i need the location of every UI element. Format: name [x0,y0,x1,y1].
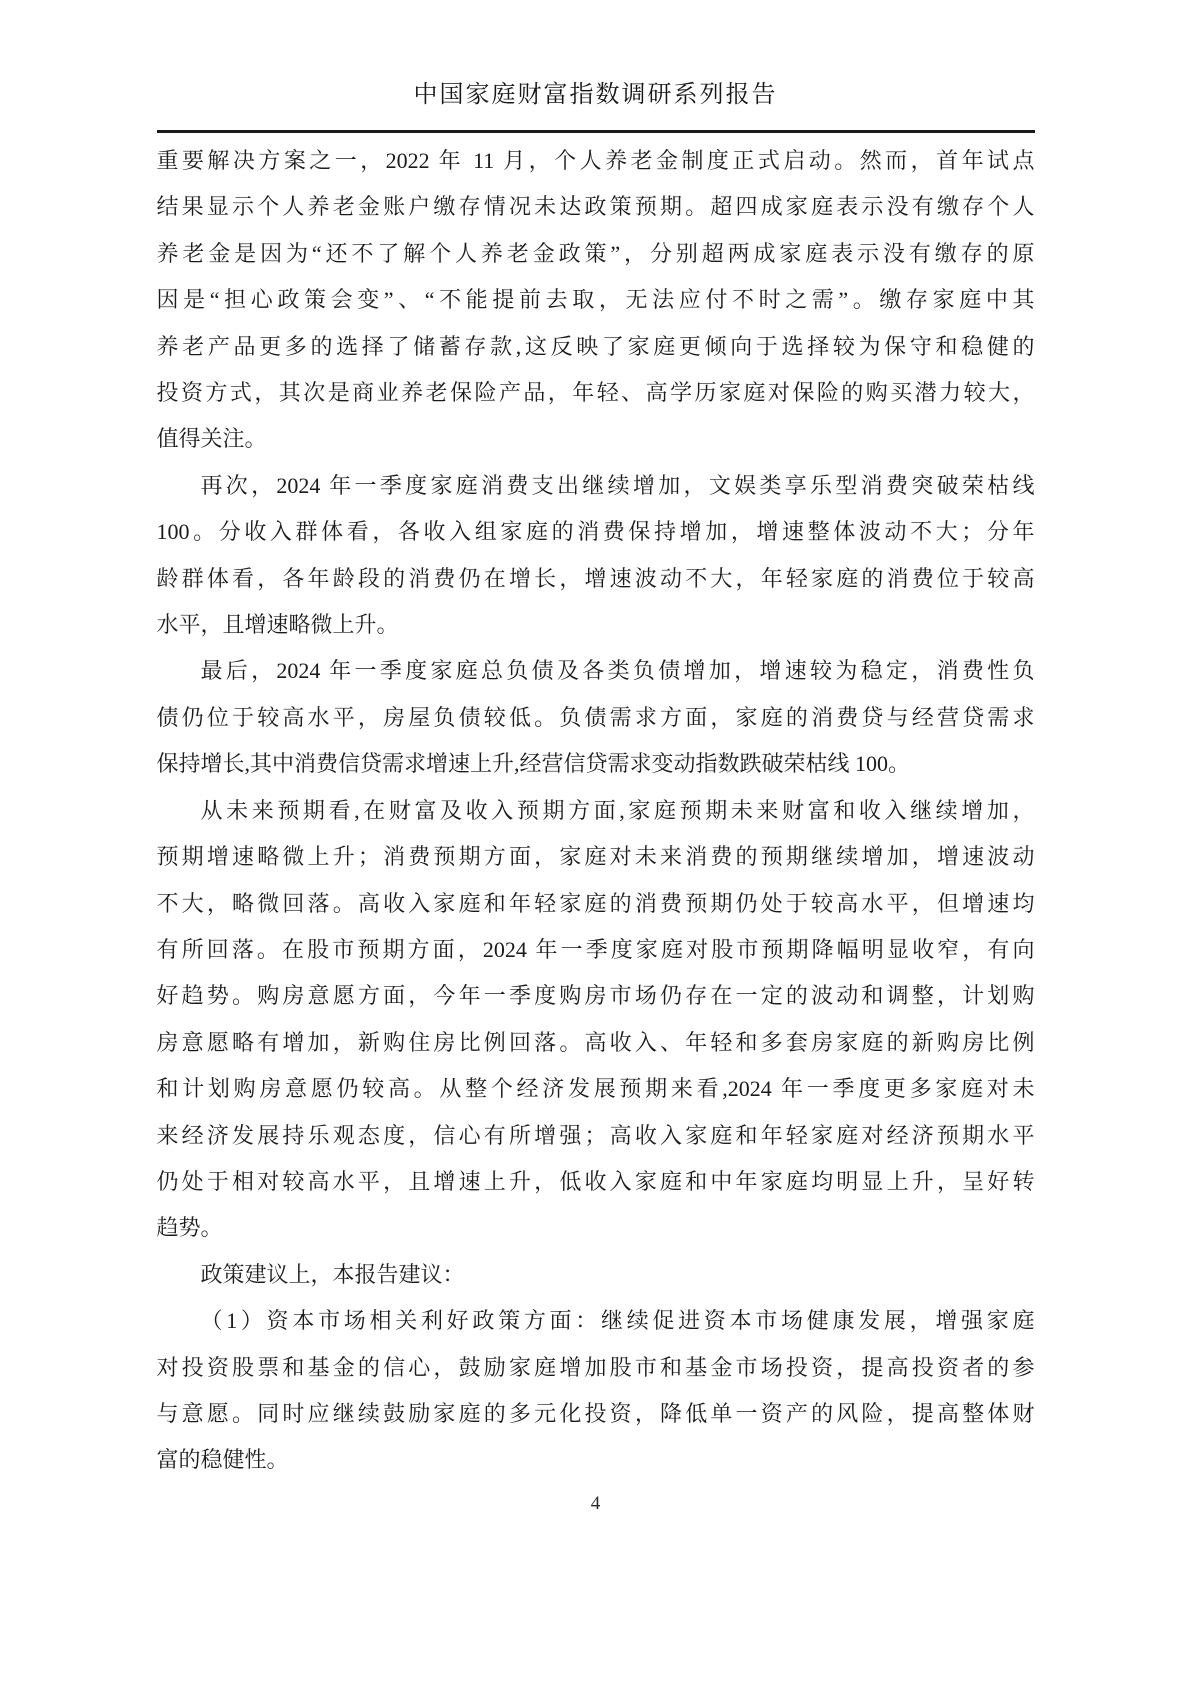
text-line: 养老金是因为“还不了解个人养老金政策”，分别超两成家庭表示没有缴存的原 [157,231,1035,277]
paragraph: 政策建议上，本报告建议： [157,1252,1035,1298]
document-page: 中国家庭财富指数调研系列报告 重要解决方案之一，2022 年 11 月，个人养老… [0,0,1191,1684]
text-line: 好趋势。购房意愿方面，今年一季度购房市场仍存在一定的波动和调整，计划购 [157,973,1035,1019]
text-line: 债仍位于较高水平，房屋负债较低。负债需求方面，家庭的消费贷与经营贷需求 [157,695,1035,741]
page-header: 中国家庭财富指数调研系列报告 [157,80,1035,133]
header-divider-rule [157,130,1035,133]
paragraph: 最后，2024 年一季度家庭总负债及各类负债增加，增速较为稳定，消费性负债仍位于… [157,648,1035,787]
text-line: 趋势。 [157,1205,1035,1251]
text-line: 对投资股票和基金的信心，鼓励家庭增加股市和基金市场投资，提高投资者的参 [157,1345,1035,1391]
text-line: 因是“担心政策会变”、“不能提前去取，无法应付不时之需”。缴存家庭中其 [157,277,1035,323]
document-body: 重要解决方案之一，2022 年 11 月，个人养老金制度正式启动。然而，首年试点… [157,138,1035,1484]
text-line: 和计划购房意愿仍较高。从整个经济发展预期来看,2024 年一季度更多家庭对未 [157,1066,1035,1112]
text-line: 有所回落。在股市预期方面，2024 年一季度家庭对股市预期降幅明显收窄，有向 [157,927,1035,973]
paragraph: 从未来预期看,在财富及收入预期方面,家庭预期未来财富和收入继续增加，预期增速略微… [157,788,1035,1252]
text-line: 不大，略微回落。高收入家庭和年轻家庭的消费预期仍处于较高水平，但增速均 [157,881,1035,927]
text-line: 最后，2024 年一季度家庭总负债及各类负债增加，增速较为稳定，消费性负 [157,648,1035,694]
text-line: 龄群体看，各年龄段的消费仍在增长，增速波动不大，年轻家庭的消费位于较高 [157,556,1035,602]
text-line: （1）资本市场相关利好政策方面：继续促进资本市场健康发展，增强家庭 [157,1298,1035,1344]
text-line: 富的稳健性。 [157,1437,1035,1483]
text-line: 保持增长,其中消费信贷需求增速上升,经营信贷需求变动指数跌破荣枯线 100。 [157,741,1035,787]
text-line: 结果显示个人养老金账户缴存情况未达政策预期。超四成家庭表示没有缴存个人 [157,184,1035,230]
paragraph: 再次，2024 年一季度家庭消费支出继续增加，文娱类享乐型消费突破荣枯线100。… [157,463,1035,649]
text-line: 来经济发展持乐观态度，信心有所增强；高收入家庭和年轻家庭对经济预期水平 [157,1113,1035,1159]
text-line: 房意愿略有增加，新购住房比例回落。高收入、年轻和多套房家庭的新购房比例 [157,1020,1035,1066]
text-line: 投资方式，其次是商业养老保险产品，年轻、高学历家庭对保险的购买潜力较大， [157,370,1035,416]
text-line: 水平，且增速略微上升。 [157,602,1035,648]
page-number: 4 [591,1493,601,1515]
text-line: 预期增速略微上升；消费预期方面，家庭对未来消费的预期继续增加，增速波动 [157,834,1035,880]
report-series-title: 中国家庭财富指数调研系列报告 [157,80,1035,110]
text-line: 100。分收入群体看，各收入组家庭的消费保持增加，增速整体波动不大；分年 [157,509,1035,555]
text-line: 政策建议上，本报告建议： [157,1252,1035,1298]
text-line: 从未来预期看,在财富及收入预期方面,家庭预期未来财富和收入继续增加， [157,788,1035,834]
text-line: 养老产品更多的选择了储蓄存款,这反映了家庭更倾向于选择较为保守和稳健的 [157,324,1035,370]
text-line: 值得关注。 [157,416,1035,462]
content-column: 中国家庭财富指数调研系列报告 重要解决方案之一，2022 年 11 月，个人养老… [157,0,1035,1515]
text-line: 仍处于相对较高水平，且增速上升，低收入家庭和中年家庭均明显上升，呈好转 [157,1159,1035,1205]
text-line: 再次，2024 年一季度家庭消费支出继续增加，文娱类享乐型消费突破荣枯线 [157,463,1035,509]
text-line: 与意愿。同时应继续鼓励家庭的多元化投资，降低单一资产的风险，提高整体财 [157,1391,1035,1437]
paragraph: （1）资本市场相关利好政策方面：继续促进资本市场健康发展，增强家庭对投资股票和基… [157,1298,1035,1484]
page-footer: 4 [157,1493,1035,1515]
text-line: 重要解决方案之一，2022 年 11 月，个人养老金制度正式启动。然而，首年试点 [157,138,1035,184]
paragraph: 重要解决方案之一，2022 年 11 月，个人养老金制度正式启动。然而，首年试点… [157,138,1035,463]
